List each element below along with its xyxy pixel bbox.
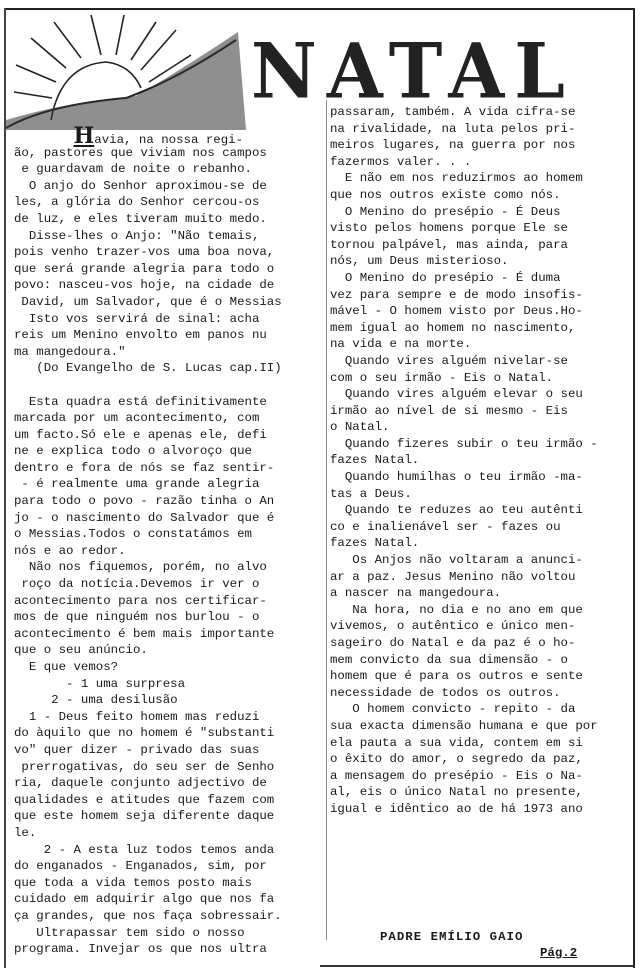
text-line: ça grandes, que nos faça sobressair. <box>14 908 324 925</box>
text-line: de luz, e eles tiveram muito medo. <box>14 211 324 228</box>
text-line: fazes Natal. <box>330 452 630 469</box>
text-line: acontecimento é bem mais importante <box>14 626 324 643</box>
text-line: fazermos valer. . . <box>330 154 630 171</box>
text-line: cuidado em adquirir algo que nos fa <box>14 891 324 908</box>
text-line <box>14 377 324 394</box>
text-line: meiros lugares, na guerra por nos <box>330 137 630 154</box>
text-line: programa. Invejar os que nos ultra <box>14 941 324 958</box>
text-line: tas a Deus. <box>330 486 630 503</box>
text-line: marcada por um acontecimento, com <box>14 410 324 427</box>
text-line: mos de que ninguém nos burlou - o <box>14 609 324 626</box>
text-line: sageiro do Natal e da paz é o ho- <box>330 635 630 652</box>
text-line: a mensagem do presépio - Eis o Na- <box>330 768 630 785</box>
text-line: mem convicto da sua dimensão - o <box>330 652 630 669</box>
text-line: Os Anjos não voltaram a anunci- <box>330 552 630 569</box>
text-line: necessidade de todos os outros. <box>330 685 630 702</box>
text-line: que nos outros existe como nós. <box>330 187 630 204</box>
right-column: passaram, também. A vida cifra-sena riva… <box>330 104 630 818</box>
text-line: vez para sempre e de modo insofis- <box>330 287 630 304</box>
text-line: reis um Menino envolto em panos nu <box>14 327 324 344</box>
text-line: prerrogativas, do seu ser de Senho <box>14 759 324 776</box>
author-signature: PADRE EMÍLIO GAIO <box>380 930 523 944</box>
masthead-title: NATAL <box>251 26 575 115</box>
text-line: ão, pastores que viviam nos campos <box>14 145 324 162</box>
text-line: a nascer na mangedoura. <box>330 585 630 602</box>
text-line: 2 - A esta luz todos temos anda <box>14 842 324 859</box>
text-line: ar a paz. Jesus Menino não voltou <box>330 569 630 586</box>
text-line: co e inalienável ser - fazes ou <box>330 519 630 536</box>
text-line: O Menino do presépio - É duma <box>330 270 630 287</box>
left-column: Havia, na nossa regi-ão, pastores que vi… <box>14 128 324 958</box>
text-line: ria, daquele conjunto adjectivo de <box>14 775 324 792</box>
text-line: com o seu irmão - Eis o Natal. <box>330 370 630 387</box>
text-line: o êxito do amor, o segredo da paz, <box>330 751 630 768</box>
text-line: nós e ao redor. <box>14 543 324 560</box>
text-line: irmão ao nível de si mesmo - Eis <box>330 403 630 420</box>
text-line: Quando fizeres subir o teu irmão - <box>330 436 630 453</box>
text-line: igual e idêntico ao de há 1973 ano <box>330 801 630 818</box>
text-line: Quando humilhas o teu irmão -ma- <box>330 469 630 486</box>
text-line: Isto vos servirá de sinal: acha <box>14 311 324 328</box>
text-line: um facto.Só ele e apenas ele, defi <box>14 427 324 444</box>
text-line: que será grande alegria para todo o <box>14 261 324 278</box>
text-line: (Do Evangelho de S. Lucas cap.II) <box>14 360 324 377</box>
text-line: do enganados - Enganados, sim, por <box>14 858 324 875</box>
text-line: 2 - uma desilusão <box>14 692 324 709</box>
text-line: O anjo do Senhor aproximou-se de <box>14 178 324 195</box>
text-line: que este homem seja diferente daque <box>14 808 324 825</box>
text-line: homem que é para os outros e sente <box>330 668 630 685</box>
text-line: passaram, também. A vida cifra-se <box>330 104 630 121</box>
text-line: tornou palpável, mas ainda, para <box>330 237 630 254</box>
text-line: na vida e na morte. <box>330 336 630 353</box>
text-line: o Natal. <box>330 419 630 436</box>
page-border-left <box>4 8 6 968</box>
text-line: pois venho trazer-vos uma boa nova, <box>14 244 324 261</box>
text-line: Ultrapassar tem sido o nosso <box>14 925 324 942</box>
column-divider <box>326 100 327 940</box>
text-line: visto pelos homens porque Ele se <box>330 220 630 237</box>
text-line: O homem convicto - repito - da <box>330 701 630 718</box>
text-line: mável - O homem visto por Deus.Ho- <box>330 303 630 320</box>
text-line: Quando vires alguém elevar o seu <box>330 386 630 403</box>
text-line: acontecimento para nos certificar- <box>14 593 324 610</box>
text-line: que o seu anúncio. <box>14 642 324 659</box>
text-line: ela pauta a sua vida, contem em si <box>330 735 630 752</box>
text-line: Esta quadra está definitivamente <box>14 394 324 411</box>
text-line: O Menino do presépio - É Deus <box>330 204 630 221</box>
text-line: - é realmente uma grande alegria <box>14 476 324 493</box>
text-line: qualidades e atitudes que fazem com <box>14 792 324 809</box>
text-line: ne e explica todo o alvoroço que <box>14 443 324 460</box>
page-border-bottom <box>320 965 635 967</box>
text-line: do àquilo que no homem é "substanti <box>14 725 324 742</box>
text-line: E que vemos? <box>14 659 324 676</box>
text-line: povo: nasceu-vos hoje, na cidade de <box>14 277 324 294</box>
text-line: Disse-lhes o Anjo: "Não temais, <box>14 228 324 245</box>
text-line: jo - o nascimento do Salvador que é <box>14 510 324 527</box>
page-border-right <box>633 8 635 968</box>
text-line: nós, um Deus misterioso. <box>330 253 630 270</box>
text-line: Não nos fiquemos, porém, no alvo <box>14 559 324 576</box>
text-line: na rivalidade, na luta pelos pri- <box>330 121 630 138</box>
text-line: para todo o povo - razão tinha o An <box>14 493 324 510</box>
text-line: les, a glória do Senhor cercou-os <box>14 194 324 211</box>
text-line: David, um Salvador, que é o Messias <box>14 294 324 311</box>
text-line: - 1 uma surpresa <box>14 676 324 693</box>
text-line: fazes Natal. <box>330 535 630 552</box>
text-line: Quando vires alguém nivelar-se <box>330 353 630 370</box>
text-line: vivemos, o autêntico e único men- <box>330 618 630 635</box>
text-line: roço da notícia.Devemos ir ver o <box>14 576 324 593</box>
text-line: al, eis o único Natal no presente, <box>330 784 630 801</box>
text-line: sua exacta dimensão humana e que por <box>330 718 630 735</box>
text-line: Na hora, no dia e no ano em que <box>330 602 630 619</box>
text-line: mem igual ao homem no nascimento, <box>330 320 630 337</box>
text-line: E não em nos reduzirmos ao homem <box>330 170 630 187</box>
text-line: 1 - Deus feito homem mas reduzi <box>14 709 324 726</box>
text-line: e guardavam de noite o rebanho. <box>14 161 324 178</box>
text-line: que toda a vida temos posto mais <box>14 875 324 892</box>
text-line: le. <box>14 825 324 842</box>
text-line: vo" quer dizer - privado das suas <box>14 742 324 759</box>
text-line: o Messias.Todos o constatámos em <box>14 526 324 543</box>
page-number: Pág.2 <box>540 946 577 960</box>
text-line: dentro e fora de nós se faz sentir- <box>14 460 324 477</box>
text-line: Quando te reduzes ao teu autênti <box>330 502 630 519</box>
text-line: ma mangedoura." <box>14 344 324 361</box>
text-line: Havia, na nossa regi- <box>14 128 324 145</box>
